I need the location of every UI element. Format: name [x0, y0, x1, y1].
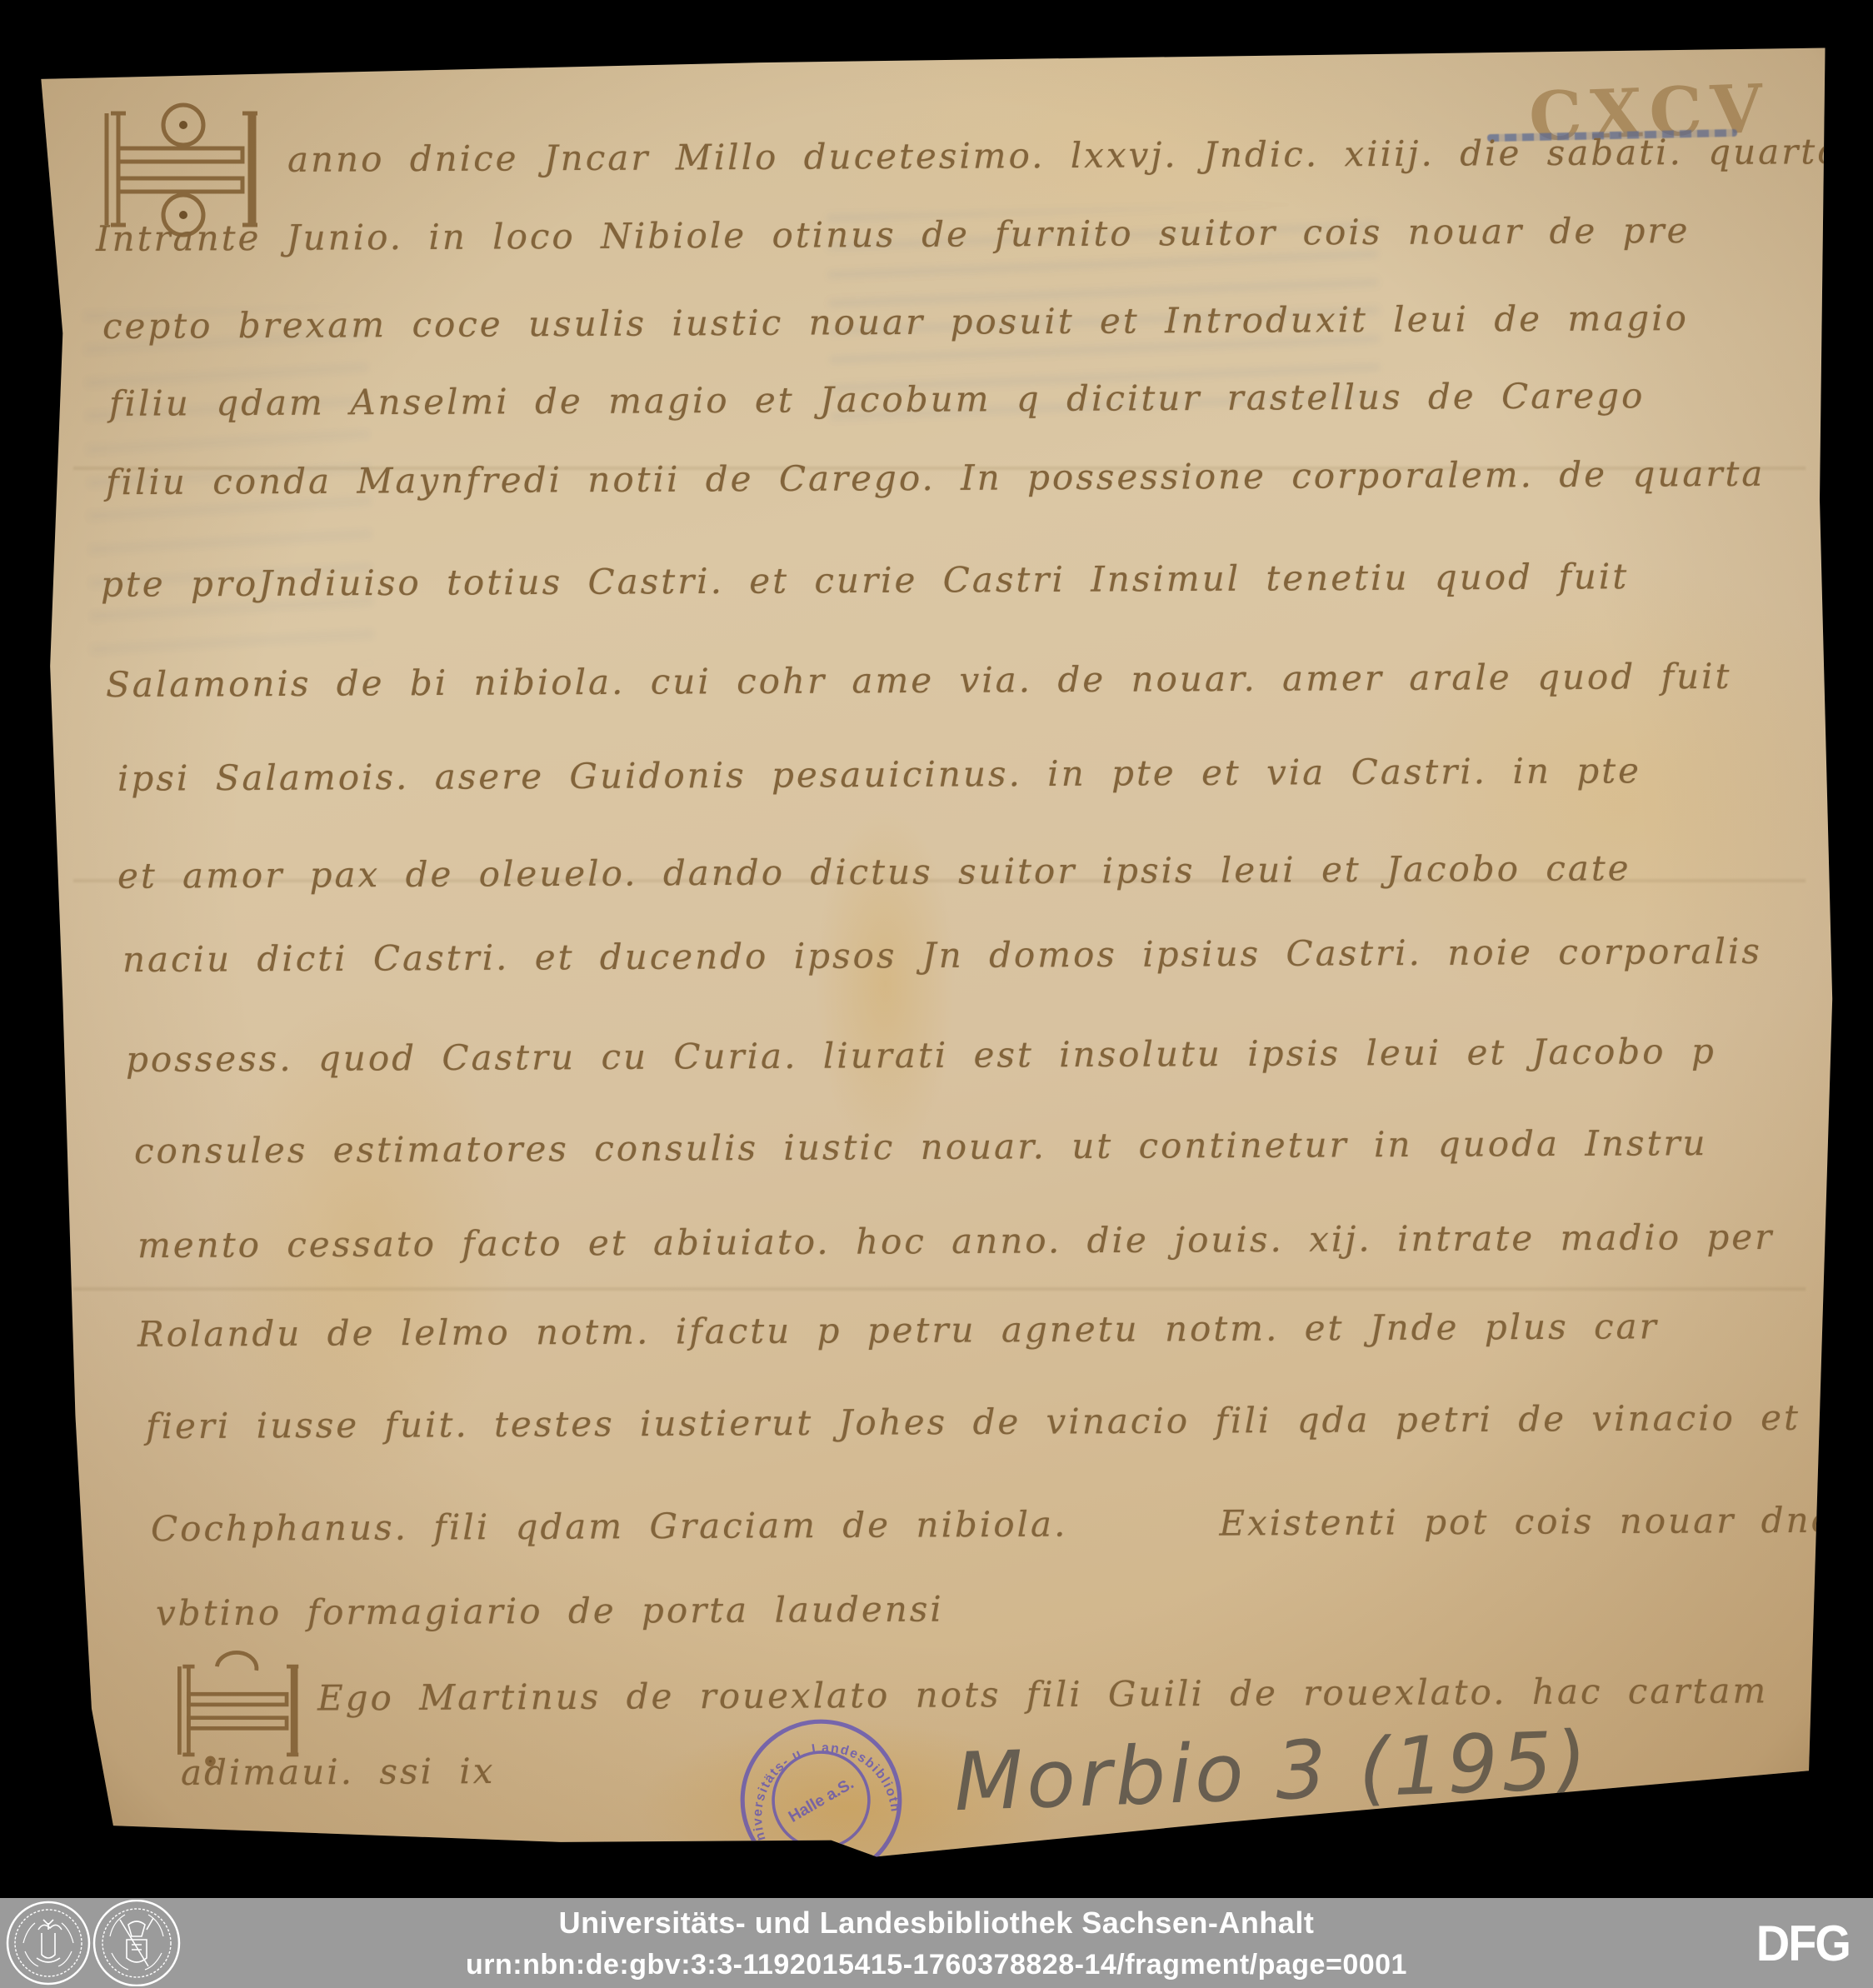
manuscript-text-line: Salamonis de bi nibiola. cui cohr ame vi… [106, 656, 1732, 705]
stamp-center-text: Halle a.S. [786, 1774, 857, 1826]
manuscript-text-line: Ego Martinus de rouexlato nots fili Guil… [317, 1670, 1768, 1718]
document-urn: urn:nbn:de:gbv:3:3-1192015415-1760378828… [466, 1949, 1407, 1981]
institution-name: Universitäts- und Landesbibliothek Sachs… [559, 1906, 1315, 1941]
manuscript-text-line: cepto brexam coce usulis iustic nouar po… [102, 297, 1689, 347]
manuscript-text-line: pte proJndiuiso totius Castri. et curie … [101, 556, 1629, 605]
manuscript-text-line: Rolandu de lelmo notm. ifactu p petru ag… [137, 1306, 1659, 1355]
manuscript-text-line: et amor pax de oleuelo. dando dictus sui… [117, 847, 1631, 897]
stamp-ring-text: Universitäts- u. Landesbibliothek [713, 1692, 904, 1862]
manuscript-text-line: ipsi Salamois. asere Guidonis pesauicinu… [117, 750, 1641, 799]
parchment: CXCV anno dnice Jncar Millo ducetesimo. … [37, 33, 1841, 1862]
manuscript-text-line: vbtino formagiario de porta laudensi [156, 1589, 944, 1634]
manuscript-text-line: naciu dicti Castri. et ducendo ipsos Jn … [122, 931, 1762, 980]
manuscript-text-line: Intrante Junio. in loco Nibiole otinus d… [96, 210, 1691, 259]
manuscript-text-line: filiu qdam Anselmi de magio et Jacobum q… [109, 375, 1646, 424]
manuscript-text-line: anno dnice Jncar Millo ducetesimo. lxxvj… [287, 131, 1841, 180]
manuscript-text-line: filiu conda Maynfredi notii de Carego. I… [106, 453, 1766, 502]
library-stamp: Universitäts- u. Landesbibliothek Halle … [713, 1692, 928, 1907]
footer-bar: Universitäts- und Landesbibliothek Sachs… [0, 1898, 1873, 1988]
manuscript-text-line: fieri iusse fuit. testes iustierut Johes… [146, 1397, 1801, 1446]
manuscript-text-line: possess. quod Castru cu Curia. liurati e… [126, 1031, 1716, 1080]
manuscript-text-line: consules estimatores consulis iustic nou… [134, 1122, 1708, 1171]
fold-line [73, 1287, 1805, 1291]
manuscript-text-line: adimaui. ssi ix [181, 1751, 496, 1793]
manuscript-text-line: Cochphanus. fili qdam Graciam de nibiola… [151, 1500, 1835, 1550]
footer-text-block: Universitäts- und Landesbibliothek Sachs… [0, 1898, 1873, 1988]
manuscript-text-line: mento cessato facto et abiuiato. hoc ann… [137, 1216, 1774, 1266]
svg-text:Universitäts- u. Landesbibliot: Universitäts- u. Landesbibliothek [713, 1692, 904, 1862]
pencil-shelfmark-note: Morbio 3 (195) [952, 1714, 1591, 1830]
dfg-logo: DFG [1756, 1914, 1850, 1972]
